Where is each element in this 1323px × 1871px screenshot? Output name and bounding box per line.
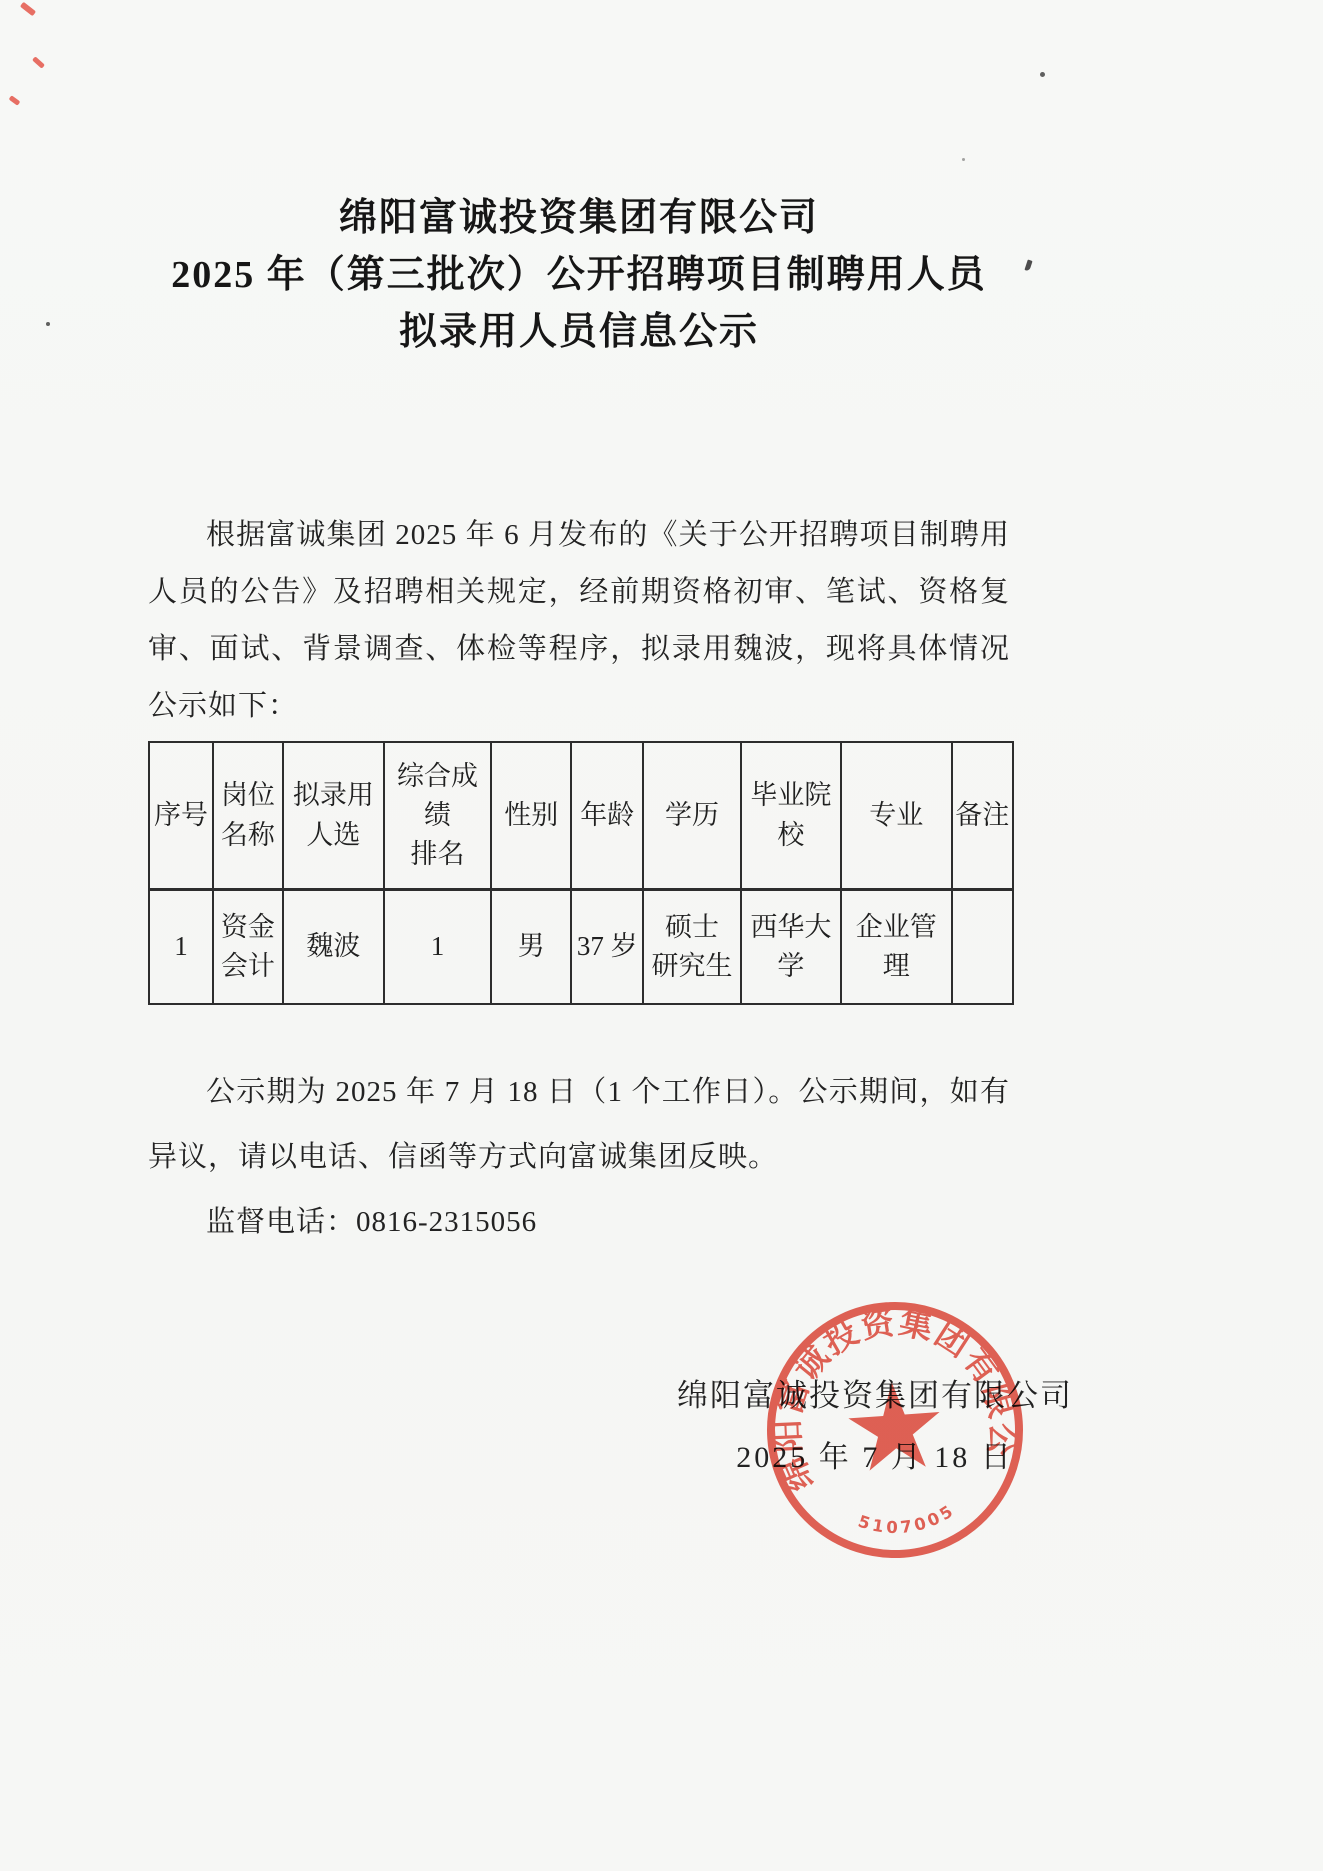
table-header-row: 序号 岗位 名称 拟录用 人选 综合成绩 排名 性别 年龄 学历 毕业院校 专业…	[149, 742, 1013, 890]
cell-major: 企业管理	[841, 890, 952, 1005]
scan-artifact-red-2	[32, 56, 45, 68]
candidate-table: 序号 岗位 名称 拟录用 人选 综合成绩 排名 性别 年龄 学历 毕业院校 专业…	[148, 741, 1014, 1005]
cell-age: 37 岁	[571, 890, 643, 1005]
cell-position: 资金 会计	[213, 890, 283, 1005]
cell-education: 硕士 研究生	[643, 890, 741, 1005]
col-header-major: 专业	[841, 742, 952, 890]
scan-artifact-dot-3	[962, 158, 965, 161]
supervision-phone-line: 监督电话：0816-2315056	[148, 1190, 1010, 1255]
cell-index: 1	[149, 890, 213, 1005]
document-page: 绵阳富诚投资集团有限公司 2025 年（第三批次）公开招聘项目制聘用人员 拟录用…	[0, 0, 1323, 1871]
table-row: 1 资金 会计 魏波 1 男 37 岁 硕士 研究生 西华大学 企业管理	[149, 890, 1013, 1005]
scan-artifact-red-3	[9, 95, 21, 106]
title-line-1: 绵阳富诚投资集团有限公司	[148, 190, 1010, 247]
title-line-2: 2025 年（第三批次）公开招聘项目制聘用人员	[148, 247, 1010, 304]
col-header-candidate: 拟录用 人选	[283, 742, 384, 890]
col-header-remark: 备注	[952, 742, 1013, 890]
col-header-school: 毕业院校	[741, 742, 841, 890]
phone-label: 监督电话：	[206, 1206, 356, 1238]
signature-company: 绵阳富诚投资集团有限公司	[675, 1367, 1075, 1424]
intro-paragraph: 根据富诚集团 2025 年 6 月发布的《关于公开招聘项目制聘用人员的公告》及招…	[148, 507, 1010, 735]
scan-artifact-dot-2	[46, 322, 50, 326]
cell-remark	[952, 890, 1013, 1005]
col-header-education: 学历	[643, 742, 741, 890]
title-line-3: 拟录用人员信息公示	[148, 304, 1010, 361]
cell-gender: 男	[491, 890, 571, 1005]
cell-school: 西华大学	[741, 890, 841, 1005]
phone-number: 0816-2315056	[356, 1206, 537, 1238]
scan-artifact-red-1	[20, 2, 36, 17]
document-content: 绵阳富诚投资集团有限公司 2025 年（第三批次）公开招聘项目制聘用人员 拟录用…	[148, 0, 1010, 1478]
col-header-index: 序号	[149, 742, 213, 890]
publicity-period-paragraph: 公示期为 2025 年 7 月 18 日（1 个工作日）。公示期间，如有异议，请…	[148, 1060, 1010, 1190]
col-header-age: 年龄	[571, 742, 643, 890]
col-header-gender: 性别	[491, 742, 571, 890]
cell-rank: 1	[384, 890, 491, 1005]
signature-block: 绵阳富诚投资集团有限公司 2025 年 7 月 18 日	[675, 1367, 1075, 1478]
scan-artifact-comma	[1024, 259, 1032, 271]
cell-candidate: 魏波	[283, 890, 384, 1005]
document-title: 绵阳富诚投资集团有限公司 2025 年（第三批次）公开招聘项目制聘用人员 拟录用…	[148, 190, 1010, 361]
col-header-position: 岗位 名称	[213, 742, 283, 890]
signature-date: 2025 年 7 月 18 日	[675, 1438, 1075, 1478]
col-header-rank: 综合成绩 排名	[384, 742, 491, 890]
scan-artifact-dot-1	[1040, 72, 1045, 77]
